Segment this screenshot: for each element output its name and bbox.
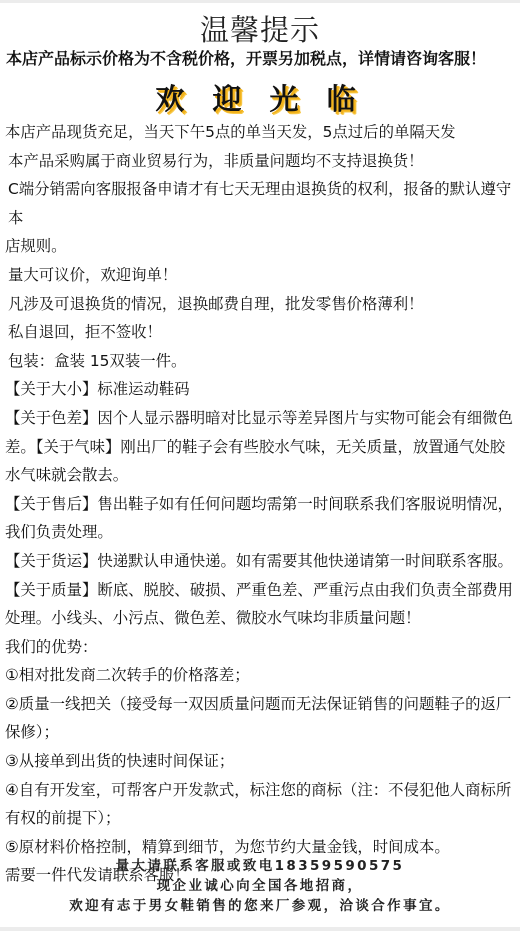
notice-line-shipping-fee: 凡涉及可退换货的情况，退换邮费自理，批发零售价格薄利！: [5, 290, 515, 319]
notice-line-quality-cont: 处理。小线头、小污点、微色差、微胶水气味均非质量问题！: [5, 604, 515, 633]
advantage-item-1: ①相对批发商二次转手的价格落差；: [5, 661, 515, 690]
bottom-edge-divider: [0, 927, 520, 931]
notice-line-color-cont: 差。【关于气味】刚出厂的鞋子会有些胶水气味，无关质量，放置通气处胶: [5, 433, 515, 462]
advantage-item-2: ②质量一线把关（接受每一双因质量问题而无法保证销售的问题鞋子的返厂: [5, 690, 515, 719]
footer-phone-line: 量大请联系客服或致电18359590575: [0, 856, 520, 876]
advantage-item-4: ④自有开发室，可帮客户开发款式，标注您的商标（注：不侵犯他人商标所: [5, 776, 515, 805]
welcome-banner: 欢 迎 光 临: [0, 77, 520, 118]
notice-line-after-sales-cont: 我们负责处理。: [5, 518, 515, 547]
notice-line-shipping: 【关于货运】快递默认申通快递。如有需要其他快递请第一时间联系客服。: [5, 547, 515, 576]
notice-line-size: 【关于大小】标准运动鞋码: [5, 375, 515, 404]
notice-line-quality: 【关于质量】断底、脱胶、破损、严重色差、严重污点由我们负责全部费用: [5, 576, 515, 605]
notice-line-returns-policy: 本产品采购属于商业贸易行为，非质量问题均不支持退换货！: [5, 147, 515, 176]
advantages-heading: 我们的优势：: [5, 633, 515, 662]
notice-line-smell-cont: 水气味就会散去。: [5, 461, 515, 490]
page-title: 温馨提示: [0, 8, 520, 49]
notice-body: 本店产品现货充足，当天下午5点的单当天发，5点过后的单隔天发 本产品采购属于商业…: [5, 118, 515, 890]
notice-line-after-sales: 【关于售后】售出鞋子如有任何问题均需第一时间联系我们客服说明情况，: [5, 490, 515, 519]
notice-line-packaging: 包装：盒装 15双装一件。: [5, 347, 515, 376]
notice-line-color: 【关于色差】因个人显示器明暗对比显示等差异图片与实物可能会有细微色: [5, 404, 515, 433]
footer-invite-line: 欢迎有志于男女鞋销售的您来厂参观，洽谈合作事宜。: [0, 896, 520, 916]
advantage-item-4-cont: 有权的前提下）；: [5, 804, 515, 833]
notice-line-refuse-return: 私自退回，拒不签收！: [5, 318, 515, 347]
notice-line-distribution: C端分销需向客服报备申请才有七天无理由退换货的权利，报备的默认遵守本: [5, 175, 515, 232]
footer-recruit-line: 现企业诚心向全国各地招商，: [0, 876, 520, 896]
notice-line-distribution-cont: 店规则。: [5, 232, 515, 261]
advantage-item-2-cont: 保修）；: [5, 718, 515, 747]
advantage-item-3: ③从接单到出货的快速时间保证；: [5, 747, 515, 776]
tax-notice: 本店产品标示价格为不含税价格，开票另加税点，详情请咨询客服！: [6, 46, 516, 69]
notice-line-bulk-price: 量大可议价，欢迎询单！: [5, 261, 515, 290]
top-edge-divider: [0, 0, 520, 3]
notice-line-stock: 本店产品现货充足，当天下午5点的单当天发，5点过后的单隔天发: [5, 118, 515, 147]
footer-contact: 量大请联系客服或致电18359590575 现企业诚心向全国各地招商， 欢迎有志…: [0, 856, 520, 916]
